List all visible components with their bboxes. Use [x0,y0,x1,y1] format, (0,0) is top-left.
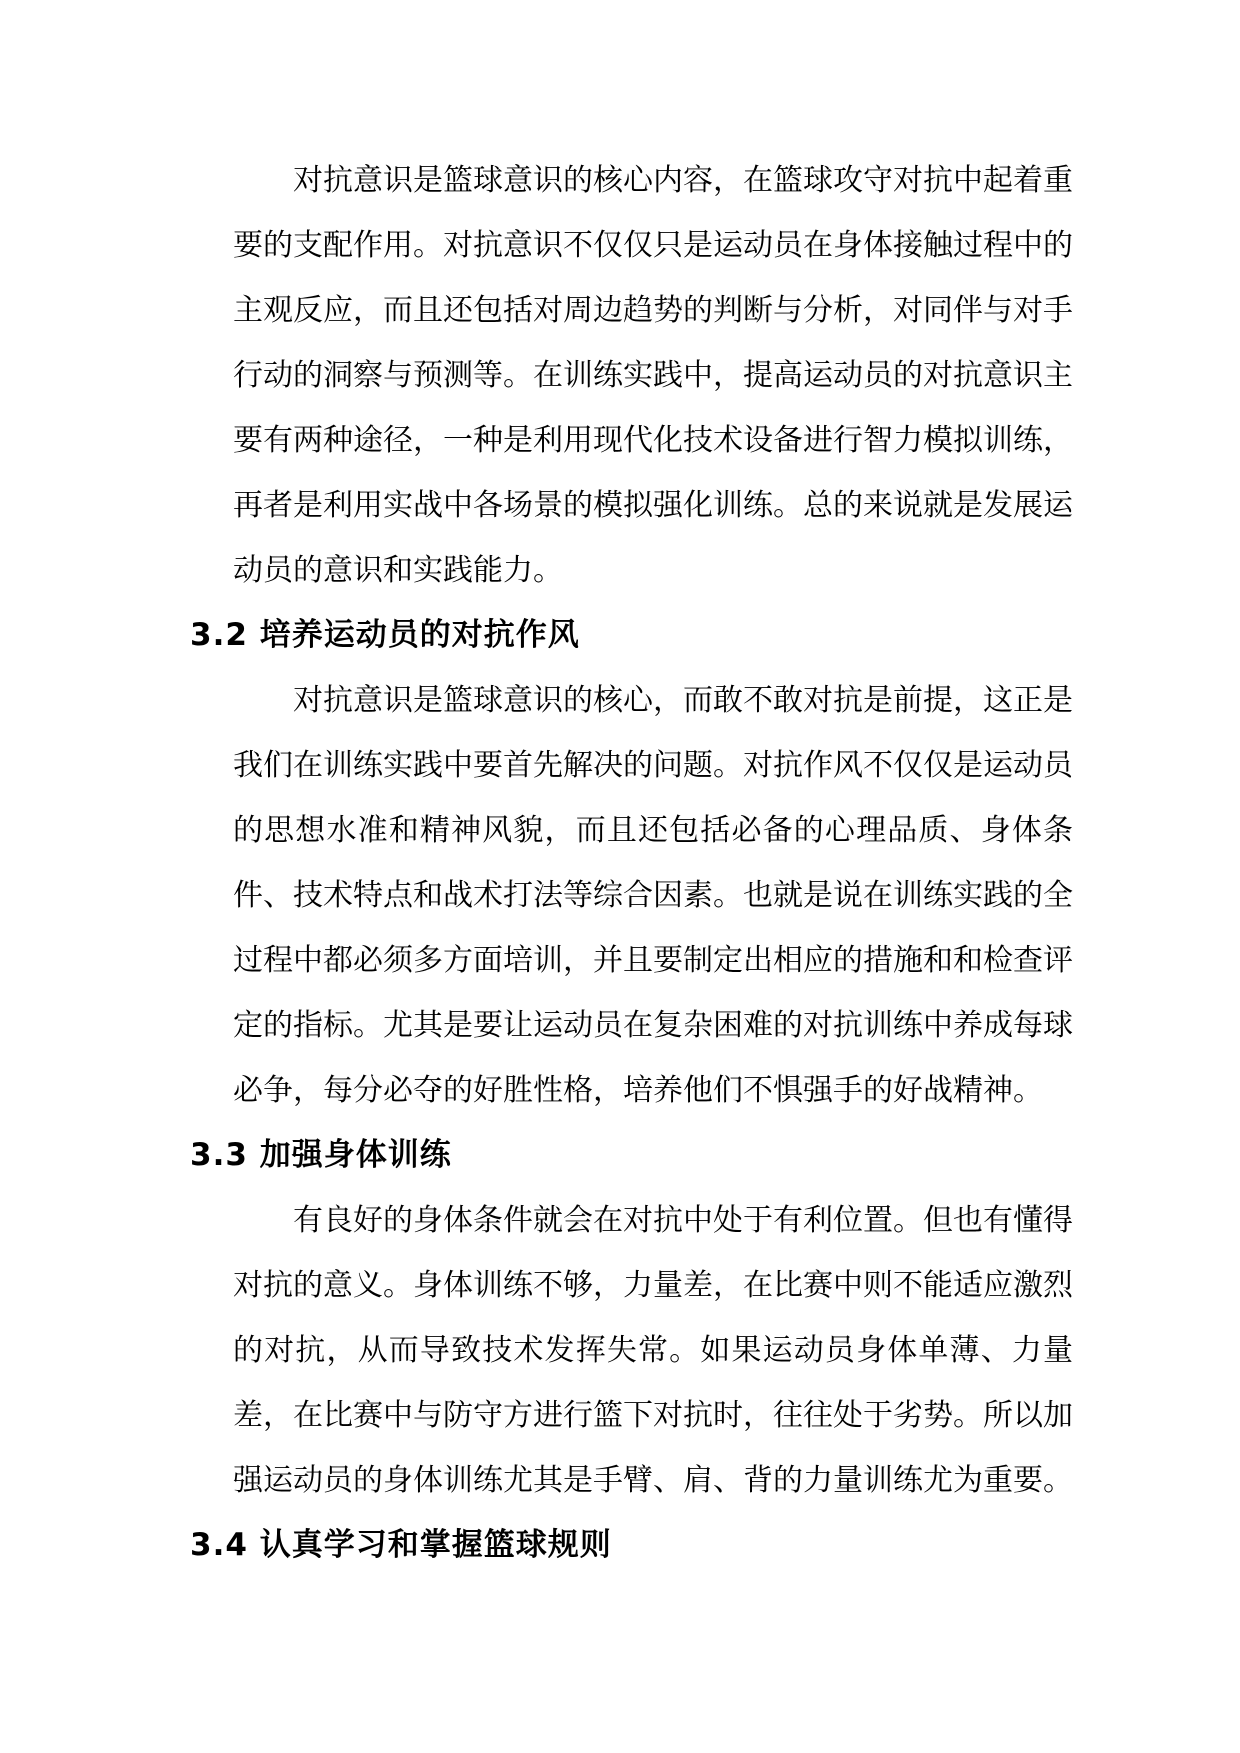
section-heading-3-2: 3.2 培养运动员的对抗作风 [190,603,1073,668]
body-paragraph-intro: 对抗意识是篮球意识的核心内容，在篮球攻守对抗中起着重要的支配作用。对抗意识不仅仅… [233,148,1073,603]
section-heading-3-4: 3.4 认真学习和掌握篮球规则 [190,1513,1073,1578]
body-paragraph-3-3: 有良好的身体条件就会在对抗中处于有利位置。但也有懂得对抗的意义。身体训练不够，力… [233,1188,1073,1513]
section-heading-3-3: 3.3 加强身体训练 [190,1123,1073,1188]
document-page: 对抗意识是篮球意识的核心内容，在篮球攻守对抗中起着重要的支配作用。对抗意识不仅仅… [0,0,1240,1753]
body-paragraph-3-2: 对抗意识是篮球意识的核心，而敢不敢对抗是前提，这正是我们在训练实践中要首先解决的… [233,668,1073,1123]
